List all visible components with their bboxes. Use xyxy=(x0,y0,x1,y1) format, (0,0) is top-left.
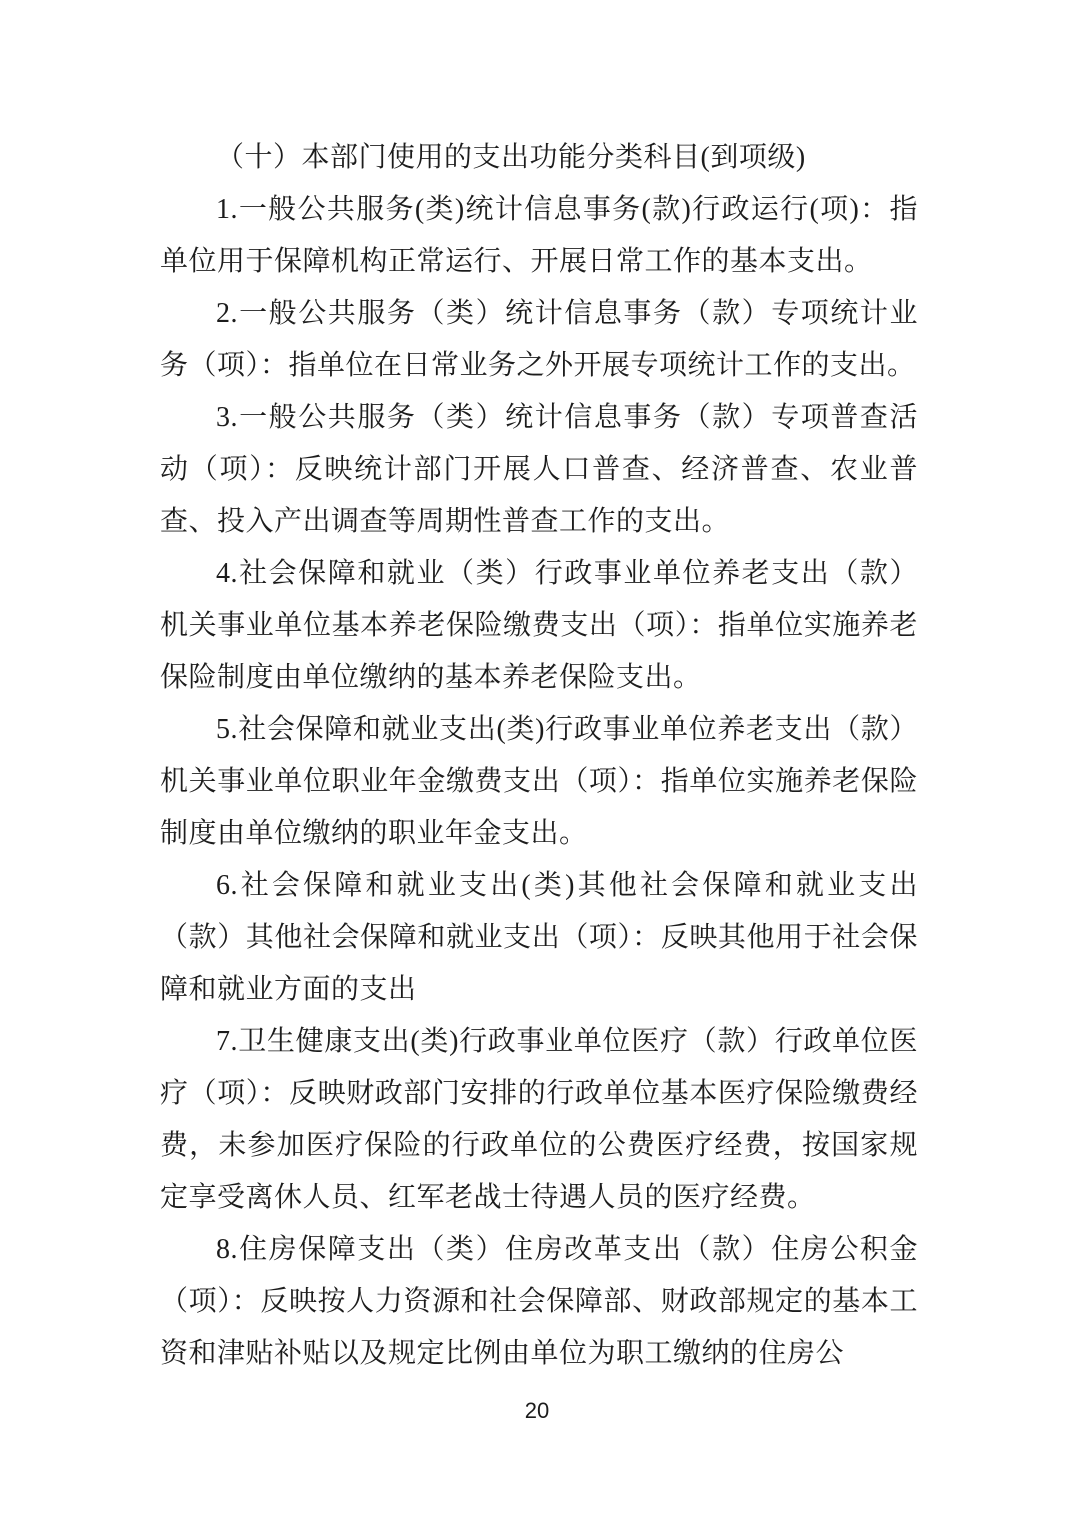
paragraph-item-2: 2.一般公共服务（类）统计信息事务（款）专项统计业务（项）：指单位在日常业务之外… xyxy=(160,288,918,392)
paragraph-item-5: 5.社会保障和就业支出(类)行政事业单位养老支出（款）机关事业单位职业年金缴费支… xyxy=(160,704,918,860)
page-number: 20 xyxy=(0,1398,1074,1424)
document-body: （十）本部门使用的支出功能分类科目(到项级) 1.一般公共服务(类)统计信息事务… xyxy=(160,132,918,1380)
paragraph-item-6: 6.社会保障和就业支出(类)其他社会保障和就业支出（款）其他社会保障和就业支出（… xyxy=(160,860,918,1016)
paragraph-item-1: 1.一般公共服务(类)统计信息事务(款)行政运行(项)：指单位用于保障机构正常运… xyxy=(160,184,918,288)
section-heading: （十）本部门使用的支出功能分类科目(到项级) xyxy=(160,132,918,184)
paragraph-item-3: 3.一般公共服务（类）统计信息事务（款）专项普查活动（项）：反映统计部门开展人口… xyxy=(160,392,918,548)
paragraph-item-8: 8.住房保障支出（类）住房改革支出（款）住房公积金（项）：反映按人力资源和社会保… xyxy=(160,1224,918,1380)
paragraph-item-4: 4.社会保障和就业（类）行政事业单位养老支出（款）机关事业单位基本养老保险缴费支… xyxy=(160,548,918,704)
document-page: （十）本部门使用的支出功能分类科目(到项级) 1.一般公共服务(类)统计信息事务… xyxy=(0,0,1074,1520)
paragraph-item-7: 7.卫生健康支出(类)行政事业单位医疗（款）行政单位医疗（项）：反映财政部门安排… xyxy=(160,1016,918,1224)
